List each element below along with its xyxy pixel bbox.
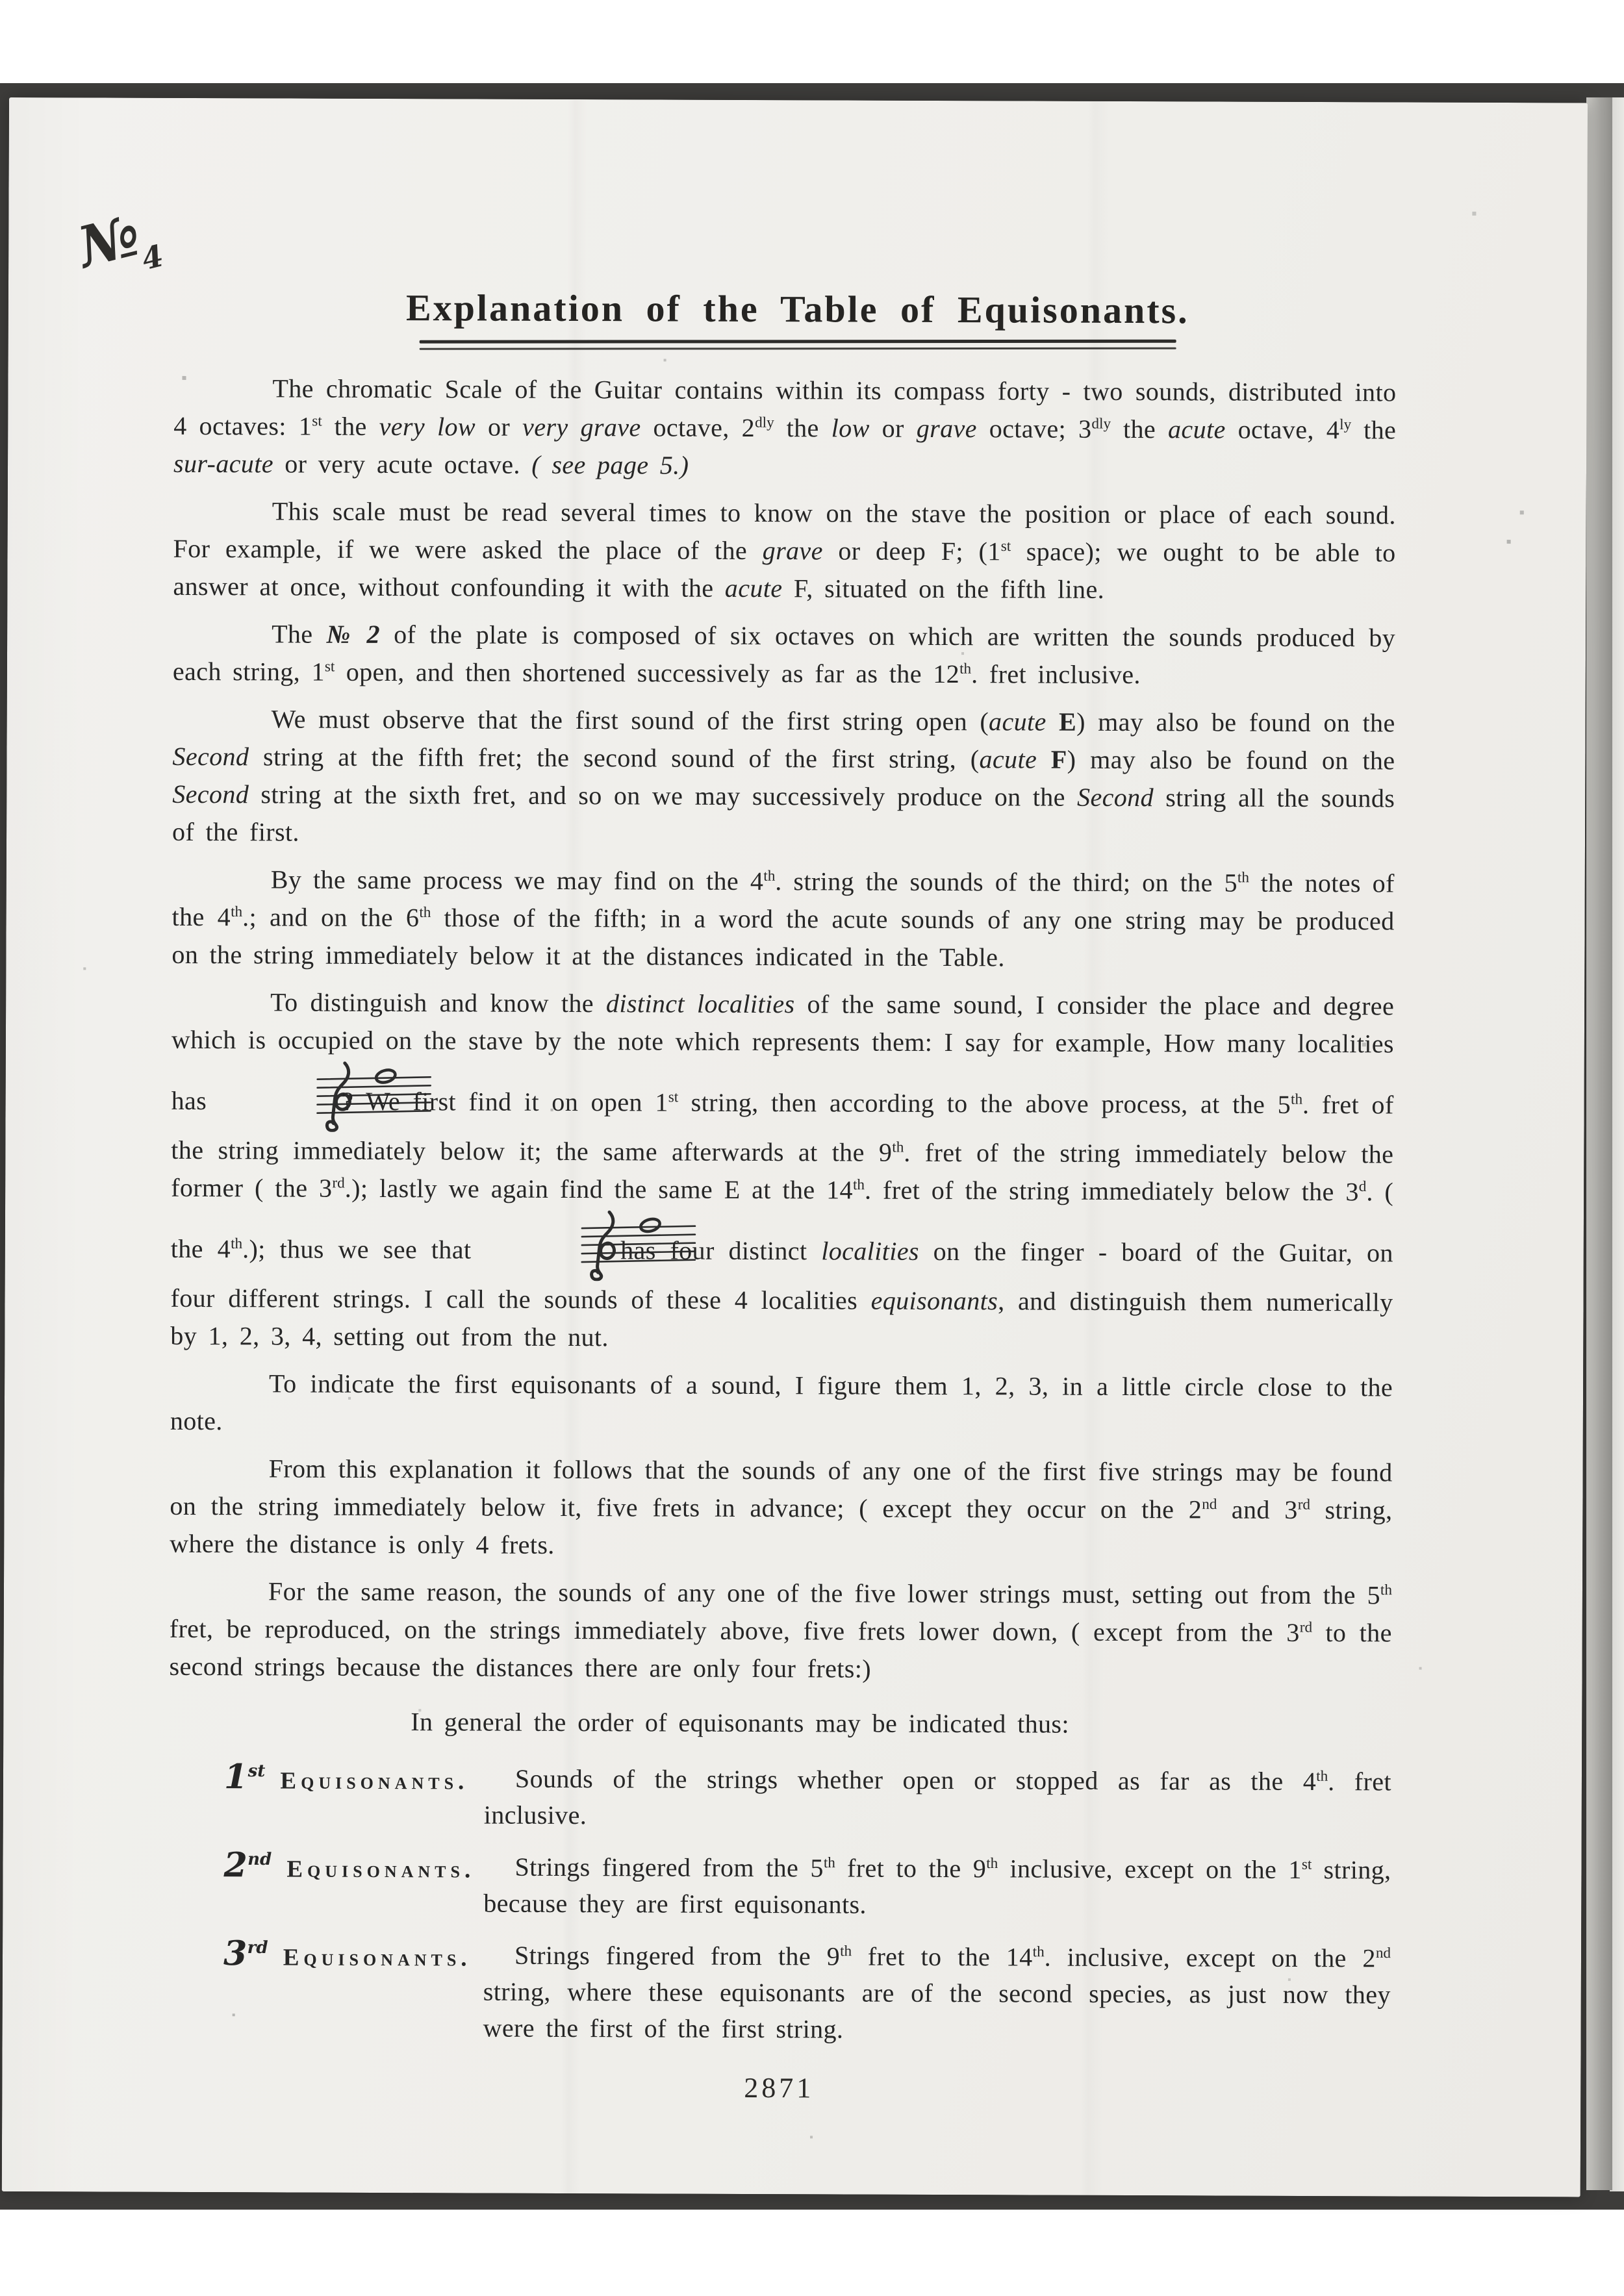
text-run: . inclusive, except on the 2 — [1045, 1943, 1376, 1973]
page-title: Explanation of the Table of Equisonants. — [406, 286, 1189, 332]
ordinal-superscript: th — [959, 661, 971, 677]
ordinal-superscript: th — [231, 1235, 242, 1252]
whole-note-icon — [639, 1217, 661, 1233]
page-content: The chromatic Scale of the Guitar contai… — [168, 370, 1396, 2110]
emphasized-text: equisonants — [871, 1286, 998, 1316]
text-run: or deep F; (1 — [823, 536, 1001, 566]
text-run: or — [476, 412, 522, 442]
text-run: Sounds of the strings whether open or st… — [515, 1764, 1316, 1796]
whole-note-icon — [374, 1068, 396, 1084]
text-run: From this explanation it follows that th… — [170, 1454, 1392, 1524]
equisonant-item-3rd: 3rd Equisonants.Strings fingered from th… — [223, 1936, 1391, 2049]
ordinal-superscript: nd — [1202, 1496, 1217, 1513]
title-rule-top — [419, 340, 1176, 344]
emphasized-text: distinct localities — [606, 989, 795, 1018]
emphasized-text: acute — [725, 574, 783, 603]
emphasized-text: Second — [1077, 783, 1154, 812]
body-paragraphs: The chromatic Scale of the Guitar contai… — [169, 370, 1396, 1745]
emphasized-text: acute — [989, 707, 1047, 736]
text-run: the — [1351, 415, 1396, 444]
text-run: F, situated on the fifth line. — [782, 574, 1104, 604]
page-number: 2871 — [168, 2067, 1390, 2110]
ordinal-superscript: th — [1237, 869, 1249, 886]
text-run: fret to the 14 — [852, 1942, 1033, 1972]
ordinal-superscript: th — [763, 868, 775, 885]
text-run: To distinguish and know the — [270, 987, 606, 1018]
text-run: the — [322, 412, 379, 441]
text-run: ) may also be found on the — [1076, 707, 1395, 738]
ordinal-superscript: rd — [1298, 1496, 1310, 1513]
emphasized-text: sur-acute — [173, 449, 273, 479]
handwritten-no: № — [72, 203, 144, 281]
scan-dust-specks — [9, 97, 10, 99]
para-same-process: By the same process we may find on the 4… — [171, 861, 1395, 978]
emphasized-text: ( see page 5.) — [531, 450, 689, 480]
music-staff-snippet — [213, 1059, 335, 1132]
text-run: . fret inclusive. — [971, 659, 1141, 689]
text-run: string, then according to the above proc… — [678, 1088, 1291, 1119]
text-run: We must observe that the first sound of … — [272, 704, 989, 736]
para-same-reason: For the same reason, the sounds of any o… — [169, 1572, 1392, 1690]
ordinal-superscript: st — [312, 412, 322, 429]
text-run: the — [1111, 414, 1168, 444]
text-run: inclusive, except on the 1 — [998, 1854, 1302, 1884]
para-no2-plate: The № 2 of the plate is composed of six … — [173, 615, 1395, 695]
equisonant-description: Strings fingered from the 9th fret to th… — [483, 1937, 1391, 2050]
text-run: string at the sixth fret, and so on we m… — [249, 779, 1077, 811]
text-run: .); thus we see that — [242, 1234, 471, 1264]
ordinal-superscript: rd — [332, 1174, 344, 1191]
equisonant-item-1st: 1st Equisonants.Sounds of the strings wh… — [224, 1760, 1391, 1836]
emphasized-text: very low — [379, 412, 476, 442]
text-run: To indicate the first equisonants of a s… — [170, 1369, 1393, 1435]
equisonant-label: 2nd Equisonants. — [223, 1847, 475, 1889]
ordinal-superscript: th — [824, 1854, 835, 1871]
title-block: Explanation of the Table of Equisonants. — [8, 284, 1587, 352]
text-run: .; and on the 6 — [242, 902, 419, 932]
ordinal-superscript: th — [1291, 1091, 1302, 1108]
text-run: ) may also be found on the — [1067, 745, 1395, 776]
text-run: octave; 3 — [977, 414, 1092, 444]
text-run: ? We first find it on open 1 — [342, 1087, 668, 1117]
emphasized-text: localities — [821, 1236, 919, 1266]
ordinal-superscript: dly — [1091, 415, 1111, 432]
equisonant-label: 3rd Equisonants. — [223, 1935, 472, 1977]
para-first-equisonants-circle: To indicate the first equisonants of a s… — [170, 1365, 1393, 1444]
emphasized-text: Second — [172, 742, 249, 771]
text-run — [1037, 745, 1051, 774]
handwritten-page-mark: №4 — [72, 199, 162, 281]
para-in-general: In general the order of equisonants may … — [169, 1702, 1391, 1745]
text-run: Strings fingered from the 5 — [514, 1852, 823, 1883]
emphasized-text: grave — [917, 414, 977, 443]
text-run: has four distinct — [606, 1235, 821, 1265]
equisonant-ordinal: 2nd — [223, 1845, 272, 1885]
text-run: or — [870, 414, 917, 443]
equisonant-description: Strings fingered from the 5th fret to th… — [483, 1849, 1391, 1925]
ordinal-superscript: st — [325, 658, 335, 675]
ordinal-superscript: ly — [1339, 416, 1351, 433]
ordinal-superscript: th — [1316, 1768, 1328, 1785]
emphasized-text: acute — [1168, 414, 1226, 444]
equisonant-word: Equisonants. — [268, 1944, 471, 1971]
book-gutter-shadow — [1586, 97, 1612, 2190]
ordinal-superscript: st — [668, 1089, 679, 1105]
text-run: or very acute octave. — [273, 449, 532, 479]
equisonants-list: 1st Equisonants.Sounds of the strings wh… — [168, 1760, 1392, 2050]
emphasized-text: grave — [763, 536, 823, 565]
emphasized-text: № 2 — [327, 620, 380, 649]
equisonant-item-2nd: 2nd Equisonants.Strings fingered from th… — [223, 1848, 1391, 1924]
text-run: string, where these equisonants are of t… — [483, 1977, 1391, 2044]
ordinal-superscript: th — [853, 1176, 865, 1193]
text-run: octave, 2 — [641, 412, 755, 442]
text-run: string at the fifth fret; the second sou… — [249, 742, 979, 774]
text-run: octave, 4 — [1226, 415, 1340, 445]
emphasized-text: acute — [979, 744, 1037, 774]
emphasized-text: low — [831, 413, 870, 442]
text-run: E — [1059, 707, 1076, 737]
emphasized-text: very grave — [522, 412, 641, 442]
para-distinct-localities: To distinguish and know the distinct loc… — [170, 983, 1394, 1359]
para-scale-must-be-read: This scale must be read several times to… — [173, 492, 1396, 610]
ordinal-superscript: th — [1033, 1943, 1045, 1960]
equisonant-ordinal: 1st — [224, 1757, 265, 1797]
ordinal-superscript: th — [986, 1855, 998, 1872]
ordinal-superscript: st — [1001, 538, 1011, 555]
ordinal-superscript: th — [231, 903, 242, 920]
equisonant-ordinal: 3rd — [223, 1934, 268, 1973]
para-chromatic-scale: The chromatic Scale of the Guitar contai… — [173, 370, 1397, 487]
text-run: By the same process we may find on the 4 — [271, 864, 764, 896]
ordinal-superscript: th — [419, 904, 431, 921]
equisonant-word: Equisonants. — [272, 1856, 475, 1883]
text-run: The — [272, 619, 327, 648]
text-run — [1047, 707, 1059, 737]
ordinal-superscript: nd — [1376, 1945, 1391, 1962]
equisonant-description: Sounds of the strings whether open or st… — [484, 1761, 1391, 1837]
text-run: In general the order of equisonants may … — [411, 1707, 1069, 1739]
scanned-page: №4 Explanation of the Table of Equisonan… — [2, 97, 1588, 2197]
text-run: fret to the 9 — [835, 1853, 987, 1883]
ordinal-superscript: th — [1380, 1582, 1392, 1598]
text-run: For the same reason, the sounds of any o… — [268, 1576, 1380, 1609]
emphasized-text: Second — [172, 779, 249, 809]
music-staff-snippet — [477, 1208, 600, 1281]
text-run: open, and then shortened successively as… — [335, 657, 959, 688]
ordinal-superscript: rd — [1300, 1619, 1312, 1636]
text-run: the — [774, 413, 831, 442]
text-run: . string the sounds of the third; on the… — [775, 866, 1237, 897]
ordinal-superscript: st — [1302, 1856, 1312, 1873]
equisonant-label: 1st Equisonants. — [224, 1758, 469, 1800]
ordinal-superscript: th — [892, 1139, 904, 1155]
text-run: and 3 — [1217, 1495, 1297, 1524]
title-double-rule — [419, 340, 1176, 350]
text-run: .); lastly we again find the same E at t… — [345, 1174, 853, 1205]
title-rule-bottom — [419, 347, 1176, 349]
text-run: . fret of the string immediately below t… — [865, 1176, 1359, 1207]
para-first-sound: We must observe that the first sound of … — [172, 700, 1395, 855]
equisonant-word: Equisonants. — [265, 1767, 468, 1795]
ordinal-superscript: d — [1359, 1178, 1367, 1195]
text-run: fret, be reproduced, on the strings imme… — [170, 1614, 1300, 1647]
ordinal-superscript: th — [840, 1943, 852, 1960]
handwritten-sub-number: 4 — [138, 238, 164, 277]
text-run: F — [1051, 745, 1067, 774]
ordinal-superscript: dly — [755, 414, 774, 431]
para-from-this-explanation: From this explanation it follows that th… — [170, 1450, 1393, 1567]
text-run: Strings fingered from the 9 — [514, 1941, 840, 1971]
